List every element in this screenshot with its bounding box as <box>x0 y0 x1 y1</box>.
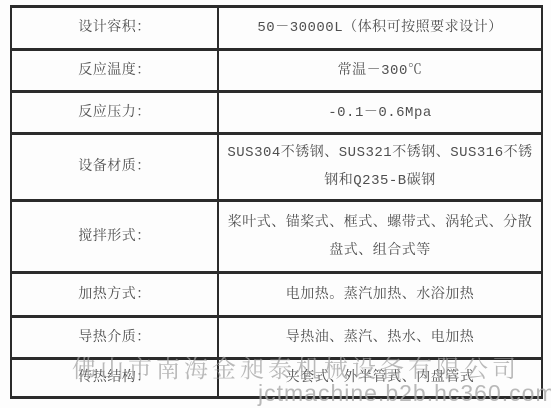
spec-label: 传热结构： <box>11 359 218 398</box>
table-row: 反应压力： -0.1－0.6Mpa <box>11 92 542 134</box>
spec-label: 反应温度： <box>11 50 218 92</box>
spec-table: 设计容积： 50－30000L（体积可按照要求设计） 反应温度： 常温－300℃… <box>10 5 543 399</box>
spec-value: 50－30000L（体积可按照要求设计） <box>218 7 542 50</box>
spec-value: 夹套式、外半管式、内盘管式 <box>218 359 542 398</box>
spec-label: 导热介质： <box>11 317 218 359</box>
table-row: 传热结构： 夹套式、外半管式、内盘管式 <box>11 359 542 398</box>
table-row: 反应温度： 常温－300℃ <box>11 50 542 92</box>
spec-value: 桨叶式、锚桨式、框式、螺带式、涡轮式、分散盘式、组合式等 <box>218 201 542 273</box>
spec-value: 常温－300℃ <box>218 50 542 92</box>
spec-value: 电加热。蒸汽加热、水浴加热 <box>218 273 542 317</box>
spec-value: -0.1－0.6Mpa <box>218 92 542 134</box>
spec-label: 反应压力： <box>11 92 218 134</box>
spec-label: 设备材质： <box>11 134 218 201</box>
spec-table-image: 设计容积： 50－30000L（体积可按照要求设计） 反应温度： 常温－300℃… <box>0 0 551 408</box>
table-row: 搅拌形式： 桨叶式、锚桨式、框式、螺带式、涡轮式、分散盘式、组合式等 <box>11 201 542 273</box>
table-row: 设备材质： SUS304不锈钢、SUS321不锈钢、SUS316不锈钢和Q235… <box>11 134 542 201</box>
spec-label: 搅拌形式： <box>11 201 218 273</box>
spec-label: 设计容积： <box>11 7 218 50</box>
table-row: 导热介质： 导热油、蒸汽、热水、电加热 <box>11 317 542 359</box>
spec-value: 导热油、蒸汽、热水、电加热 <box>218 317 542 359</box>
table-row: 加热方式： 电加热。蒸汽加热、水浴加热 <box>11 273 542 317</box>
spec-value: SUS304不锈钢、SUS321不锈钢、SUS316不锈钢和Q235-B碳钢 <box>218 134 542 201</box>
table-row: 设计容积： 50－30000L（体积可按照要求设计） <box>11 7 542 50</box>
spec-label: 加热方式： <box>11 273 218 317</box>
